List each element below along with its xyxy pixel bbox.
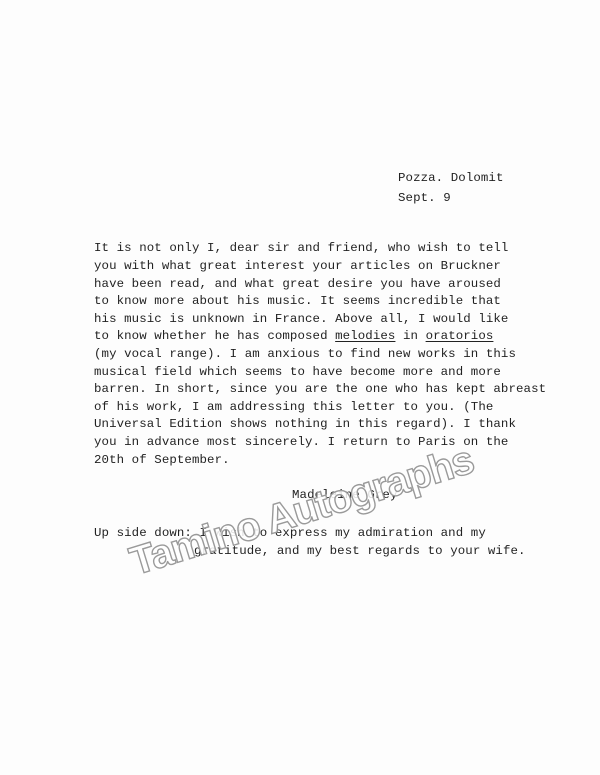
body-line: (my vocal range). I am anxious to find n… — [94, 348, 516, 360]
line-text: in — [395, 329, 425, 343]
letter-date: Sept. 9 — [398, 192, 451, 204]
body-line: musical field which seems to have become… — [94, 366, 501, 378]
letter-place: Pozza. Dolomit — [398, 172, 504, 184]
body-line: Universal Edition shows nothing in this … — [94, 418, 516, 430]
body-line-with-underlines: to know whether he has composed melodies… — [94, 330, 493, 342]
body-line: It is not only I, dear sir and friend, w… — [94, 242, 508, 254]
underlined-melodies: melodies — [335, 329, 395, 343]
body-line: barren. In short, since you are the one … — [94, 383, 546, 395]
body-line: his music is unknown in France. Above al… — [94, 313, 508, 325]
body-line: to know more about his music. It seems i… — [94, 295, 501, 307]
body-line: have been read, and what great desire yo… — [94, 278, 501, 290]
underlined-oratorios: oratorios — [426, 329, 494, 343]
body-line: of his work, I am addressing this letter… — [94, 401, 493, 413]
line-text: to know whether he has composed — [94, 329, 335, 343]
body-line: you with what great interest your articl… — [94, 260, 501, 272]
letter-page: Pozza. Dolomit Sept. 9 It is not only I,… — [0, 0, 600, 775]
body-line: 20th of September. — [94, 454, 230, 466]
